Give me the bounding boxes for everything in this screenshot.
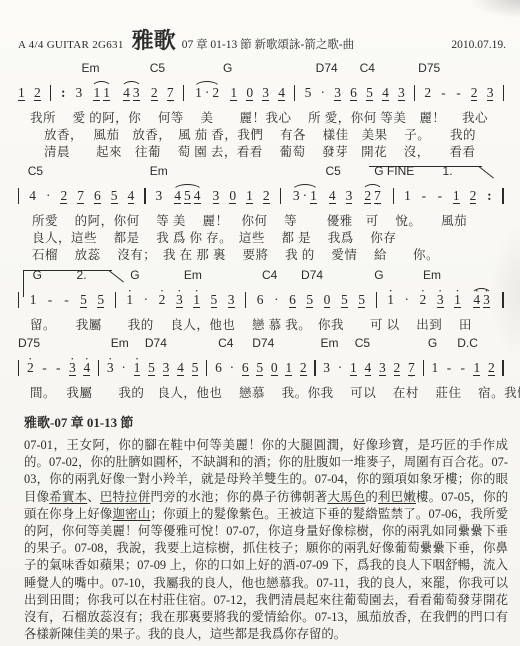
- note: 0: [229, 189, 236, 204]
- barline: [98, 360, 99, 376]
- barline: [18, 188, 19, 204]
- chord-label: Em: [111, 336, 129, 350]
- note: -: [446, 361, 452, 375]
- music-system-1: EmC5GD74C4D75 12:31143271·210345·365432-…: [0, 61, 520, 161]
- note: 4: [83, 361, 90, 376]
- chord-label: G: [33, 268, 42, 282]
- barline: [18, 292, 19, 308]
- barline: [294, 85, 295, 101]
- chord-label: C5: [28, 164, 43, 178]
- date: 2010.07.19.: [451, 39, 506, 51]
- slur: 1·2: [193, 86, 221, 100]
- note: 3: [398, 86, 405, 101]
- chord-label: D75: [18, 336, 40, 350]
- tuning-info: A 4/4 GUITAR 2G631: [18, 39, 124, 51]
- note: 1: [93, 86, 100, 101]
- proper-noun: 希實本: [49, 490, 87, 504]
- lyric-line: 石榴 放蕊 沒有； 我 在 那 裏 要將 我 的 愛情 給 你。: [18, 247, 506, 264]
- slur: 454: [172, 189, 202, 204]
- note: 6: [257, 293, 264, 307]
- note: -: [64, 293, 70, 307]
- note: ·: [274, 293, 279, 307]
- proper-noun: 迦密山: [113, 507, 151, 521]
- repeat-sign: :: [60, 86, 66, 100]
- chord-label: C4: [262, 268, 277, 282]
- chord-label: G: [223, 61, 232, 75]
- note: 7: [408, 361, 415, 376]
- chord-label: Em: [321, 336, 339, 350]
- note: 1: [350, 361, 357, 376]
- note: 4: [473, 293, 480, 308]
- note: 4: [194, 189, 201, 204]
- slur: 27: [362, 189, 383, 204]
- note: -: [55, 361, 61, 375]
- chord-label: D74: [301, 268, 323, 282]
- barline: [245, 292, 246, 308]
- note: 1: [193, 293, 200, 308]
- note: 5: [358, 293, 365, 308]
- proper-noun: 利巴嫩: [378, 490, 416, 504]
- chord-row: EmC5GD74C4D75: [18, 61, 506, 76]
- note: 2: [159, 293, 166, 307]
- note: 1: [387, 293, 394, 307]
- note: 2: [394, 361, 401, 376]
- chord-label: Em: [150, 164, 168, 178]
- note: 1: [30, 293, 37, 307]
- barline: [314, 360, 315, 376]
- note: 0: [324, 293, 331, 308]
- lyric-line: 放香， 風茄 放香， 風 茄 香，我們 有各 樣佳 美果 子。 我的: [18, 127, 506, 144]
- note: 3: [228, 293, 235, 308]
- header: A 4/4 GUITAR 2G631 雅歌 07 章 01-13 節 新歌頌詠-…: [0, 0, 520, 55]
- barline: [280, 188, 281, 204]
- note: 1: [230, 86, 237, 101]
- chord-label: G: [374, 268, 383, 282]
- note: 1: [103, 86, 110, 101]
- song-title: 雅歌: [132, 24, 176, 55]
- note: 4: [177, 361, 184, 376]
- note: ·: [321, 86, 326, 100]
- note: 1: [18, 86, 25, 101]
- note: 5: [366, 86, 373, 101]
- barline: [18, 360, 19, 376]
- barline: [183, 85, 184, 101]
- scripture-text: 、: [87, 490, 100, 504]
- note: 5: [341, 293, 348, 308]
- barline: [423, 360, 424, 376]
- note: -: [456, 86, 462, 100]
- note: 5: [192, 361, 199, 376]
- note: 5: [211, 293, 218, 308]
- note: 2: [470, 189, 477, 204]
- note-row: 12:31143271·210345·365432--23: [18, 76, 506, 110]
- note: 4: [174, 189, 181, 204]
- chord-label: D74: [316, 61, 338, 75]
- note: 2: [300, 361, 307, 376]
- note: 1: [246, 189, 253, 204]
- chord-row: G2.GEmC4D74GEm: [18, 268, 506, 283]
- note: 6: [350, 86, 357, 101]
- note: ·: [46, 189, 51, 203]
- note: -: [460, 361, 466, 375]
- note: 3: [213, 189, 220, 204]
- note: 3: [334, 86, 341, 101]
- note: 7: [167, 86, 174, 101]
- note: -: [41, 361, 47, 375]
- lyric-line: 留。 我屬 我的 良人，他也 戀 慕 我。 你我 可 以 出到 田: [18, 317, 506, 334]
- note: 2: [27, 361, 34, 375]
- note: 3: [346, 189, 353, 204]
- proper-noun: 巴特拉併: [100, 490, 151, 504]
- note: 1: [195, 86, 202, 100]
- music-system-3: G2.GEmC4D74GEm 1--551·231536·650551·2314…: [0, 268, 520, 334]
- note: 1: [285, 361, 292, 376]
- note: ·: [338, 361, 343, 375]
- note: 0: [246, 86, 253, 101]
- chord-label: Em: [81, 61, 99, 75]
- note: 1: [473, 361, 480, 376]
- note: 6: [289, 293, 296, 308]
- slur: 11: [91, 86, 112, 101]
- note: 2: [212, 86, 219, 100]
- chapter-info: 07 章 01-13 節 新歌頌詠-箭之歌-曲: [182, 36, 355, 52]
- note: 3: [379, 361, 386, 376]
- note: ·: [405, 293, 410, 307]
- note: 3: [156, 189, 163, 203]
- note: 4: [278, 86, 285, 101]
- music-system-2: C5EmC5G FINE1. 4·27654345430123·143271--…: [0, 164, 520, 264]
- note: 2: [364, 189, 371, 204]
- note: 1: [453, 189, 460, 204]
- note: 5: [148, 361, 155, 376]
- lyric-line: 所愛 的阿，你何 等 美 麗！ 你何 等 優雅 可 悅。 風茄: [18, 213, 506, 230]
- note: 3: [487, 86, 494, 101]
- volta-slope: [478, 166, 494, 179]
- lyric-line: 清晨 起來 往葡 萄 園 去，看看 葡萄 發芽 開花 沒， 看看: [18, 144, 506, 161]
- chord-label: 2.: [77, 268, 87, 282]
- note: 5: [97, 293, 104, 308]
- chord-label: Em: [184, 268, 202, 282]
- note: 3: [163, 361, 170, 376]
- note: 3: [176, 293, 183, 308]
- note: 2: [34, 86, 41, 101]
- scripture-text: ；你頭上的髮像紫色。王被這下垂的髮綹監禁了。07-06，我所愛的阿，你何等美麗！…: [24, 507, 508, 641]
- barline: [502, 292, 503, 308]
- note: 1: [126, 293, 133, 307]
- note: 5: [111, 189, 118, 204]
- volta-slope: [108, 270, 124, 283]
- note: 4: [29, 189, 36, 203]
- note: 1: [134, 361, 141, 376]
- note: -: [437, 189, 443, 203]
- note: -: [440, 86, 446, 100]
- note: ·: [144, 293, 149, 307]
- note: 5: [305, 86, 312, 100]
- barline: [144, 188, 145, 204]
- scripture-text: 的: [365, 490, 378, 504]
- chord-label: C5: [325, 164, 340, 178]
- barline: [50, 85, 51, 101]
- note: 4: [382, 86, 389, 101]
- note: 6: [215, 361, 222, 375]
- barline: [503, 85, 504, 101]
- note: 4: [329, 189, 336, 204]
- section-heading: 雅歌-07 章 01-13 節: [0, 402, 520, 435]
- note-row: 4·27654345430123·143271--12:: [18, 179, 506, 213]
- chord-label: Em: [423, 268, 441, 282]
- note: 2: [420, 293, 427, 307]
- barline: [206, 360, 207, 376]
- note: 2: [471, 86, 478, 101]
- barline: [502, 188, 503, 204]
- chord-label: G FINE: [374, 164, 414, 178]
- note: -: [421, 189, 427, 203]
- note: 2: [60, 189, 67, 204]
- chord-label: D74: [252, 336, 274, 350]
- barline: [502, 360, 503, 376]
- note: 5: [184, 189, 191, 204]
- note: 3: [293, 189, 300, 204]
- note: 5: [80, 293, 87, 308]
- chord-label: C5: [150, 61, 165, 75]
- lyric-line: 我所 愛 的阿，你 何等 美 麗！我心 所 愛，你何 等美 麗！ 我心: [18, 110, 506, 127]
- note: 3: [69, 361, 76, 376]
- music-system-4: D75EmD74C4D74EmC5GD.C 2--343·153456·6501…: [0, 336, 520, 402]
- chord-row: C5EmC5G FINE1.: [18, 164, 506, 179]
- note: 6: [94, 189, 101, 204]
- chord-row: D75EmD74C4D74EmC5GD.C: [18, 336, 506, 351]
- chord-label: C5: [355, 336, 370, 350]
- note: 7: [374, 189, 381, 204]
- chord-label: C4: [360, 61, 375, 75]
- note: ·: [230, 361, 235, 375]
- note: 4: [128, 189, 135, 204]
- chord-label: C4: [218, 336, 233, 350]
- chord-label: G: [130, 268, 139, 282]
- barline: [376, 292, 377, 308]
- slur: 3·1: [291, 189, 319, 204]
- note: 3: [133, 86, 140, 101]
- chord-label: D75: [418, 61, 440, 75]
- note: ·: [303, 189, 308, 204]
- chord-label: G: [428, 336, 437, 350]
- barline: [115, 292, 116, 308]
- scripture-text: 門旁的水池；你的鼻子彷彿朝著: [150, 490, 327, 504]
- lyric-line: 間。 我屬 我的 良人，他也 戀慕 我。你我 可以 在村 莊住 宿。我們: [18, 385, 506, 402]
- note: 3: [76, 86, 83, 100]
- lyric-line: 良人，這些 都是 我 爲 你 存。 這些 都 是 我爲 你存: [18, 230, 506, 247]
- repeat-sign: :: [486, 189, 492, 203]
- note: 1: [310, 189, 317, 204]
- note: 1: [404, 189, 411, 203]
- note: 1: [454, 293, 461, 308]
- note: 3: [262, 86, 269, 101]
- note: ·: [121, 361, 126, 375]
- note-row: 2--343·153456·650123·143271--12: [18, 351, 506, 385]
- note: 5: [256, 361, 263, 376]
- note: 3: [483, 293, 490, 308]
- note: ·: [205, 86, 210, 100]
- sheet-page: A 4/4 GUITAR 2G631 雅歌 07 章 01-13 節 新歌頌詠-…: [0, 0, 520, 646]
- note: 6: [242, 361, 249, 376]
- barline: [414, 85, 415, 101]
- note: 3: [323, 361, 330, 375]
- note: 3: [107, 361, 114, 375]
- note: 4: [123, 86, 130, 101]
- note: 1: [431, 361, 438, 375]
- note: 4: [365, 361, 372, 376]
- note: 2: [424, 86, 431, 100]
- note: 0: [271, 361, 278, 376]
- scripture-paragraph: 07-01，王女阿，你的腳在鞋中何等美麗！你的大腿圓潤，好像珍寶，是巧匠的手作成…: [0, 435, 520, 643]
- note: 5: [306, 293, 313, 308]
- note: 7: [77, 189, 84, 204]
- note: 2: [151, 86, 158, 101]
- slur: 43: [121, 86, 142, 101]
- proper-noun: 大馬色: [327, 490, 365, 504]
- chord-label: D74: [145, 336, 167, 350]
- chord-label: D.C: [457, 336, 478, 350]
- note: 2: [488, 361, 495, 376]
- note: -: [47, 293, 53, 307]
- chord-label: 1.: [443, 164, 453, 178]
- barline: [393, 188, 394, 204]
- note: 3: [437, 293, 444, 308]
- note: 2: [263, 189, 270, 204]
- slur: 43: [471, 293, 492, 308]
